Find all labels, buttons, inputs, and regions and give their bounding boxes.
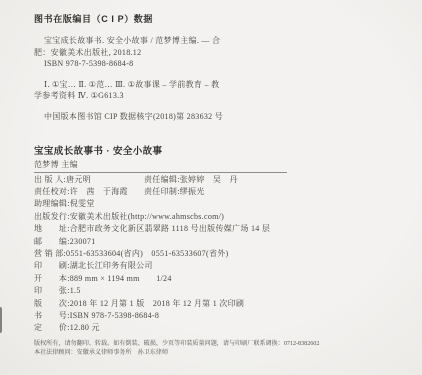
format-value: 889 mm × 1194 mm 1/24 — [70, 273, 172, 285]
info-row: 开 本:889 mm × 1194 mm 1/24 — [34, 273, 306, 285]
footer-notes: 版权所有，请勿翻印、转载。如有倒装、破损、少页等印装质量问题，请与印刷厂联系调换… — [34, 340, 306, 358]
print-supervisor-value: 缪振光 — [180, 187, 205, 196]
staff-cell: 出 版 人:唐元明 — [34, 174, 144, 186]
info-row: 印 张:1.5 — [34, 285, 306, 297]
staff-row: 责任校对:许 茜 于海霞 责任印制:缪振光 — [34, 186, 306, 198]
cip-header: 图书在版编目（C I P）数据 — [34, 12, 306, 25]
copyright-notice: 版权所有，请勿翻印、转载。如有倒装、破损、少页等印装质量问题，请与印刷厂联系调换… — [34, 340, 306, 349]
staff-row: 出 版 人:唐元明 责任编辑:张婷婷 吴 丹 — [34, 174, 306, 186]
info-row: 营 销 部:0551-63533604(省内) 0551-63533607(省外… — [34, 248, 306, 260]
staff-cell: 责任印制:缪振光 — [144, 186, 205, 198]
price-label: 定 价: — [34, 322, 70, 334]
cip-classification-line1: Ⅰ. ①宝… Ⅱ. ①范… Ⅲ. ①故事课 – 学前教育 – 教 — [34, 79, 306, 91]
book-copyright-page: 图书在版编目（C I P）数据 宝宝成长故事书. 安全小故事 / 范梦博主编. … — [0, 0, 422, 375]
info-row: 定 价:12.80 元 — [34, 322, 306, 334]
divider-rule — [34, 172, 287, 173]
cip-entry-line2: 肥：安徽美术出版社, 2018.12 — [34, 47, 306, 59]
cip-entry-line1: 宝宝成长故事书. 安全小故事 / 范梦博主编. — 合 — [34, 35, 306, 47]
scan-edge-artifact — [0, 307, 2, 333]
staff-row: 助理编辑:倪雯堂 — [34, 198, 306, 210]
info-row: 版 次:2018 年 12 月第 1 版 2018 年 12 月第 1 次印刷 — [34, 298, 306, 310]
staff-cell: 责任编辑:张婷婷 吴 丹 — [144, 174, 238, 186]
publisher-value: 唐元明 — [66, 175, 91, 184]
proofreader-label: 责任校对: — [34, 187, 70, 196]
printer-label: 印 刷: — [34, 260, 70, 272]
publisher-house-value: 安徽美术出版社(http://www.ahmscbs.com/) — [70, 211, 224, 223]
colophon-section: 出 版 人:唐元明 责任编辑:张婷婷 吴 丹 责任校对:许 茜 于海霞 责任印制… — [34, 174, 306, 335]
page-content: 图书在版编目（C I P）数据 宝宝成长故事书. 安全小故事 / 范梦博主编. … — [34, 12, 306, 358]
sheets-label: 印 张: — [34, 285, 70, 297]
printer-value: 湖北长江印务有限公司 — [70, 260, 153, 272]
title-block: 宝宝成长故事书 · 安全小故事 范梦博 主编 — [34, 146, 306, 170]
address-value: 合肥市政务文化新区翡翠路 1118 号出版传媒广场 14 层 — [70, 223, 270, 235]
book-title: 宝宝成长故事书 · 安全小故事 — [34, 146, 306, 158]
info-row: 邮 编:230071 — [34, 236, 306, 248]
address-label: 地 址: — [34, 223, 70, 235]
legal-counsel-note: 本社法律顾问：安徽承义律师事务所 孙卫东律师 — [34, 349, 306, 358]
info-row: 书 号:ISBN 978-7-5398-8684-8 — [34, 310, 306, 322]
format-label: 开 本: — [34, 273, 70, 285]
proofreader-value: 许 茜 于海霞 — [70, 187, 128, 196]
postcode-value: 230071 — [70, 236, 96, 248]
responsible-editor-value: 张婷婷 吴 丹 — [180, 175, 238, 184]
publisher-house-label: 出版发行: — [34, 211, 70, 223]
book-number-label: 书 号: — [34, 310, 70, 322]
price-value: 12.80 元 — [70, 322, 100, 334]
book-number-value: ISBN 978-7-5398-8684-8 — [70, 310, 159, 322]
marketing-dept-label: 营 销 部: — [34, 248, 66, 260]
info-row: 地 址:合肥市政务文化新区翡翠路 1118 号出版传媒广场 14 层 — [34, 223, 306, 235]
publisher-label: 出 版 人: — [34, 175, 66, 184]
responsible-editor-label: 责任编辑: — [144, 175, 180, 184]
staff-cell: 助理编辑:倪雯堂 — [34, 198, 144, 210]
info-row: 印 刷:湖北长江印务有限公司 — [34, 260, 306, 272]
assistant-editor-value: 倪雯堂 — [70, 199, 95, 208]
postcode-label: 邮 编: — [34, 236, 70, 248]
staff-cell: 责任校对:许 茜 于海霞 — [34, 186, 144, 198]
edition-label: 版 次: — [34, 298, 70, 310]
cip-record-number: 中国版本图书馆 CIP 数据核字(2018)第 283632 号 — [34, 111, 306, 123]
assistant-editor-label: 助理编辑: — [34, 199, 70, 208]
print-supervisor-label: 责任印制: — [144, 187, 180, 196]
cip-isbn: ISBN 978-7-5398-8684-8 — [34, 58, 306, 70]
info-row: 出版发行:安徽美术出版社(http://www.ahmscbs.com/) — [34, 211, 306, 223]
marketing-dept-value: 0551-63533604(省内) 0551-63533607(省外) — [66, 248, 228, 260]
sheets-value: 1.5 — [70, 285, 81, 297]
book-editor: 范梦博 主编 — [34, 159, 306, 170]
cip-classification-line2: 学参考资料 Ⅳ. ①G613.3 — [34, 90, 306, 102]
cip-section: 图书在版编目（C I P）数据 宝宝成长故事书. 安全小故事 / 范梦博主编. … — [34, 12, 306, 123]
edition-value: 2018 年 12 月第 1 版 2018 年 12 月第 1 次印刷 — [70, 298, 245, 310]
